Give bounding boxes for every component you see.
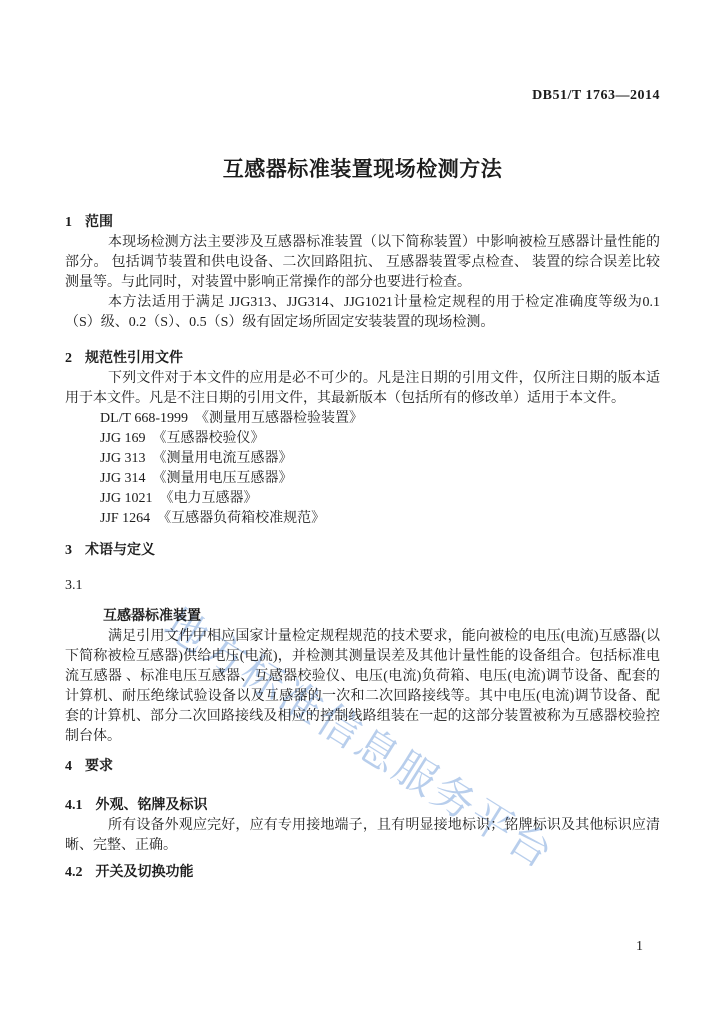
reference-item: JJF 1264 《互感器负荷箱校准规范》	[65, 509, 660, 529]
section-2-title: 规范性引用文件	[85, 351, 183, 366]
section-1-paragraph-2: 本方法适用于满足 JJG313、JJG314、JJG1021计量检定规程的用于检…	[65, 293, 660, 333]
section-4-heading: 4要求	[65, 757, 660, 777]
reference-item: JJG 314 《测量用电压互感器》	[65, 469, 660, 489]
reference-item: JJG 169 《互感器校验仪》	[65, 429, 660, 449]
document-content: DB51/T 1763—2014 互感器标准装置现场检测方法 1范围 本现场检测…	[0, 0, 724, 1024]
section-3-heading: 3术语与定义	[65, 541, 660, 561]
section-1-heading: 1范围	[65, 213, 660, 233]
section-3-title: 术语与定义	[85, 543, 155, 558]
section-4-1-title: 外观、铭牌及标识	[96, 798, 208, 813]
section-2-heading: 2规范性引用文件	[65, 349, 660, 369]
section-2-number: 2	[65, 351, 72, 366]
page-number: 1	[636, 938, 643, 956]
section-1-number: 1	[65, 215, 72, 230]
clause-3-1-number: 3.1	[65, 576, 660, 596]
section-4-title: 要求	[85, 759, 113, 774]
section-1-paragraph-1: 本现场检测方法主要涉及互感器标准装置（以下简称装置）中影响被检互感器计量性能的部…	[65, 233, 660, 293]
document-title: 互感器标准装置现场检测方法	[65, 156, 660, 182]
section-4-2-title: 开关及切换功能	[96, 865, 194, 880]
section-2-paragraph-1: 下列文件对于本文件的应用是必不可少的。凡是注日期的引用文件，仅所注日期的版本适用…	[65, 369, 660, 409]
section-1-title: 范围	[85, 215, 113, 230]
standard-code: DB51/T 1763—2014	[65, 88, 660, 104]
section-4-1-number: 4.1	[65, 798, 83, 813]
term-name: 互感器标准装置	[65, 607, 660, 627]
reference-item: JJG 1021 《电力互感器》	[65, 489, 660, 509]
section-4-1-paragraph-1: 所有设备外观应完好，应有专用接地端子，且有明显接地标识；铭牌标识及其他标识应清晰…	[65, 816, 660, 856]
term-definition: 满足引用文件中相应国家计量检定规程规范的技术要求，能向被检的电压(电流)互感器(…	[65, 627, 660, 747]
section-4-1-heading: 4.1外观、铭牌及标识	[65, 796, 660, 816]
section-4-2-heading: 4.2开关及切换功能	[65, 863, 660, 883]
document-page: 地方标准信息服务平台 DB51/T 1763—2014 互感器标准装置现场检测方…	[0, 0, 724, 1024]
reference-item: DL/T 668-1999 《测量用互感器检验装置》	[65, 409, 660, 429]
reference-item: JJG 313 《测量用电流互感器》	[65, 449, 660, 469]
section-4-2-number: 4.2	[65, 865, 83, 880]
normative-references-list: DL/T 668-1999 《测量用互感器检验装置》 JJG 169 《互感器校…	[65, 409, 660, 529]
section-3-number: 3	[65, 543, 72, 558]
section-4-number: 4	[65, 759, 72, 774]
